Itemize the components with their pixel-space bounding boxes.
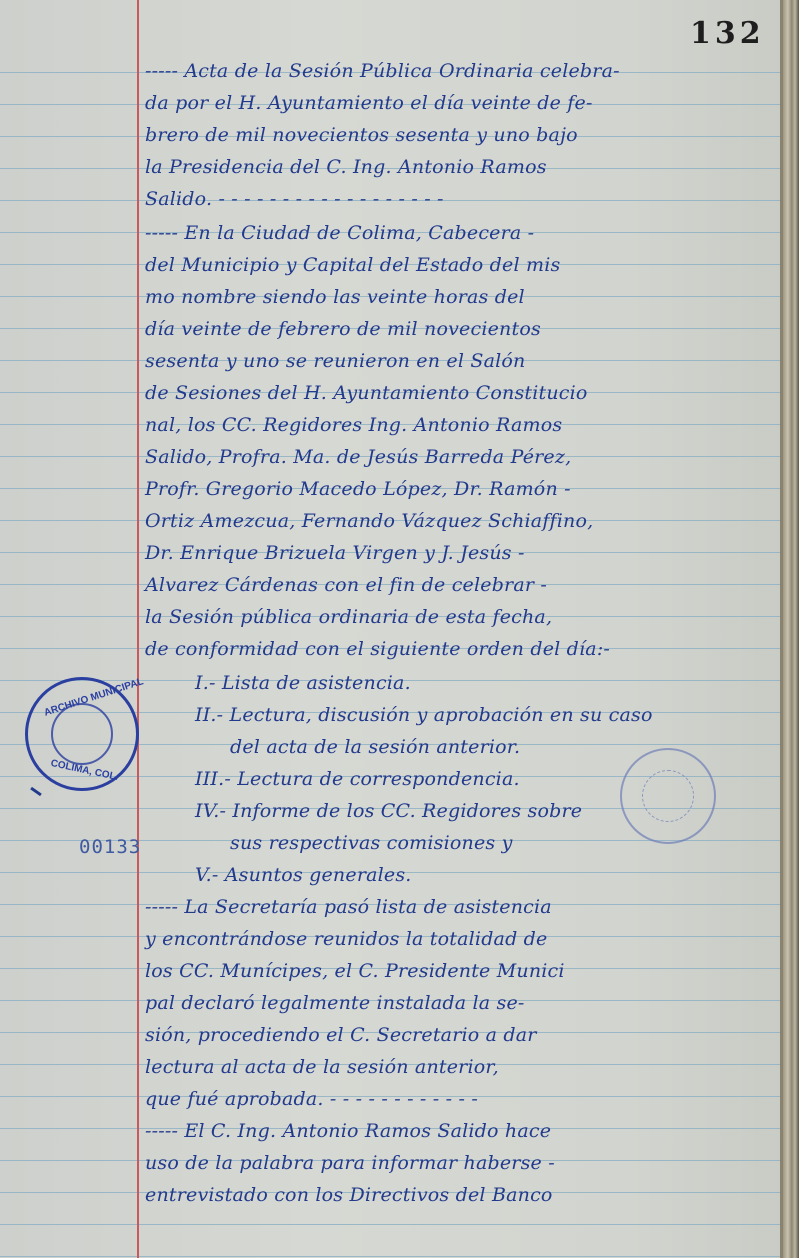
text-line: ----- En la Ciudad de Colima, Cabecera - — [145, 222, 783, 244]
text-line: nal, los CC. Regidores Ing. Antonio Ramo… — [145, 414, 783, 436]
text-line: del Municipio y Capital del Estado del m… — [145, 254, 783, 276]
text-line: mo nombre siendo las veinte horas del — [145, 286, 783, 308]
agenda-item-continued: sus respectivas comisiones y — [230, 832, 783, 854]
text-line: pal declaró legalmente instalada la se- — [145, 992, 783, 1014]
folio-number: 00133 — [79, 836, 141, 858]
ledger-page: 132 ----- Acta de la Sesión Pública Ordi… — [0, 0, 783, 1258]
stamp-inner-ring — [642, 770, 694, 822]
agenda-item-continued: del acta de la sesión anterior. — [230, 736, 783, 758]
ink-mark — [30, 787, 42, 796]
text-line: ----- Acta de la Sesión Pública Ordinari… — [145, 60, 783, 82]
book-binding — [783, 0, 799, 1258]
text-line: de Sesiones del H. Ayuntamiento Constitu… — [145, 382, 783, 404]
ruled-line — [0, 1224, 783, 1225]
text-line: lectura al acta de la sesión anterior, — [145, 1056, 783, 1078]
text-line: Profr. Gregorio Macedo López, Dr. Ramón … — [145, 478, 783, 500]
text-line: uso de la palabra para informar haberse … — [145, 1152, 783, 1174]
text-line: los CC. Munícipes, el C. Presidente Muni… — [145, 960, 783, 982]
text-line: Salido, Profra. Ma. de Jesús Barreda Pér… — [145, 446, 783, 468]
text-line: sesenta y uno se reunieron en el Salón — [145, 350, 783, 372]
text-line: que fué aprobada. - - - - - - - - - - - … — [145, 1088, 783, 1110]
archive-stamp-faded — [620, 748, 716, 844]
agenda-item: V.- Asuntos generales. — [195, 864, 783, 886]
text-line: entrevistado con los Directivos del Banc… — [145, 1184, 783, 1206]
text-line: la Presidencia del C. Ing. Antonio Ramos — [145, 156, 783, 178]
agenda-item: I.- Lista de asistencia. — [195, 672, 783, 694]
margin-line — [137, 0, 139, 1258]
text-line: día veinte de febrero de mil novecientos — [145, 318, 783, 340]
text-line: Ortiz Amezcua, Fernando Vázquez Schiaffi… — [145, 510, 783, 532]
text-line: ----- El C. Ing. Antonio Ramos Salido ha… — [145, 1120, 783, 1142]
ruled-line — [0, 1256, 783, 1257]
page-number: 132 — [690, 16, 765, 51]
text-line: Salido. - - - - - - - - - - - - - - - - … — [145, 188, 783, 210]
text-line: y encontrándose reunidos la totalidad de — [145, 928, 783, 950]
text-line: Alvarez Cárdenas con el fin de celebrar … — [145, 574, 783, 596]
text-line: ----- La Secretaría pasó lista de asiste… — [145, 896, 783, 918]
text-line: sión, procediendo el C. Secretario a dar — [145, 1024, 783, 1046]
text-line: Dr. Enrique Brizuela Virgen y J. Jesús - — [145, 542, 783, 564]
text-line: da por el H. Ayuntamiento el día veinte … — [145, 92, 783, 114]
agenda-item: II.- Lectura, discusión y aprobación en … — [195, 704, 783, 726]
archive-stamp: ARCHIVO MUNICIPAL COLIMA, COL. — [25, 677, 139, 791]
text-line: de conformidad con el siguiente orden de… — [145, 638, 783, 660]
text-line: la Sesión pública ordinaria de esta fech… — [145, 606, 783, 628]
text-line: brero de mil novecientos sesenta y uno b… — [145, 124, 783, 146]
